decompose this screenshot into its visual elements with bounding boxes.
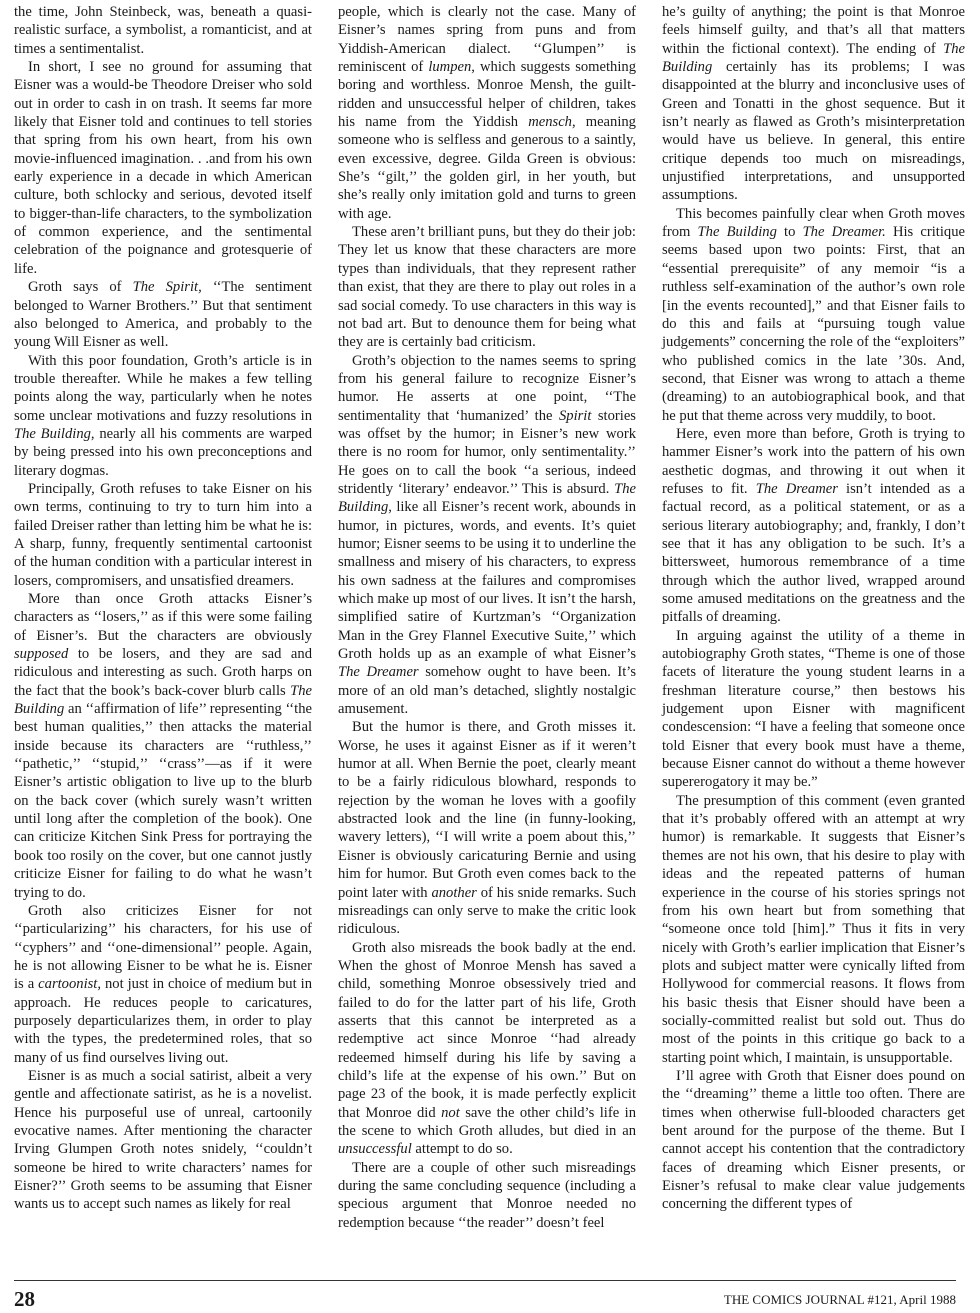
paragraph: There are a couple of other such misread…: [338, 1159, 636, 1232]
paragraph: I’ll agree with Groth that Eisner does p…: [662, 1067, 965, 1214]
paragraph: he’s guilty of anything; the point is th…: [662, 3, 965, 205]
footer-rule: [14, 1280, 956, 1281]
paragraph: More than once Groth attacks Eisner’s ch…: [14, 590, 312, 902]
paragraph: Groth also misreads the book badly at th…: [338, 939, 636, 1159]
paragraph: With this poor foundation, Groth’s artic…: [14, 352, 312, 480]
paragraph: Groth also criticizes Eisner for not ‘‘p…: [14, 902, 312, 1067]
paragraph: These aren’t brilliant puns, but they do…: [338, 223, 636, 351]
paragraph: Groth says of The Spirit, ‘‘The sentimen…: [14, 278, 312, 351]
paragraph: This becomes painfully clear when Groth …: [662, 205, 965, 425]
paragraph: But the humor is there, and Groth misses…: [338, 718, 636, 938]
paragraph: The presumption of this comment (even gr…: [662, 792, 965, 1067]
paragraph: In arguing against the utility of a them…: [662, 627, 965, 792]
text-column-3: he’s guilty of anything; the point is th…: [662, 3, 965, 1214]
text-column-2: people, which is clearly not the case. M…: [338, 3, 636, 1232]
text-column-1: the time, John Steinbeck, was, beneath a…: [14, 3, 312, 1214]
paragraph: Here, even more than before, Groth is tr…: [662, 425, 965, 627]
paragraph: Principally, Groth refuses to take Eisne…: [14, 480, 312, 590]
page-number: 28: [14, 1287, 35, 1311]
publication-footer: THE COMICS JOURNAL #121, April 1988: [724, 1292, 956, 1308]
paragraph: people, which is clearly not the case. M…: [338, 3, 636, 223]
magazine-page: the time, John Steinbeck, was, beneath a…: [0, 0, 980, 1313]
paragraph: Groth’s objection to the names seems to …: [338, 352, 636, 719]
paragraph: Eisner is as much a social satirist, alb…: [14, 1067, 312, 1214]
paragraph: the time, John Steinbeck, was, beneath a…: [14, 3, 312, 58]
paragraph: In short, I see no ground for assuming t…: [14, 58, 312, 278]
